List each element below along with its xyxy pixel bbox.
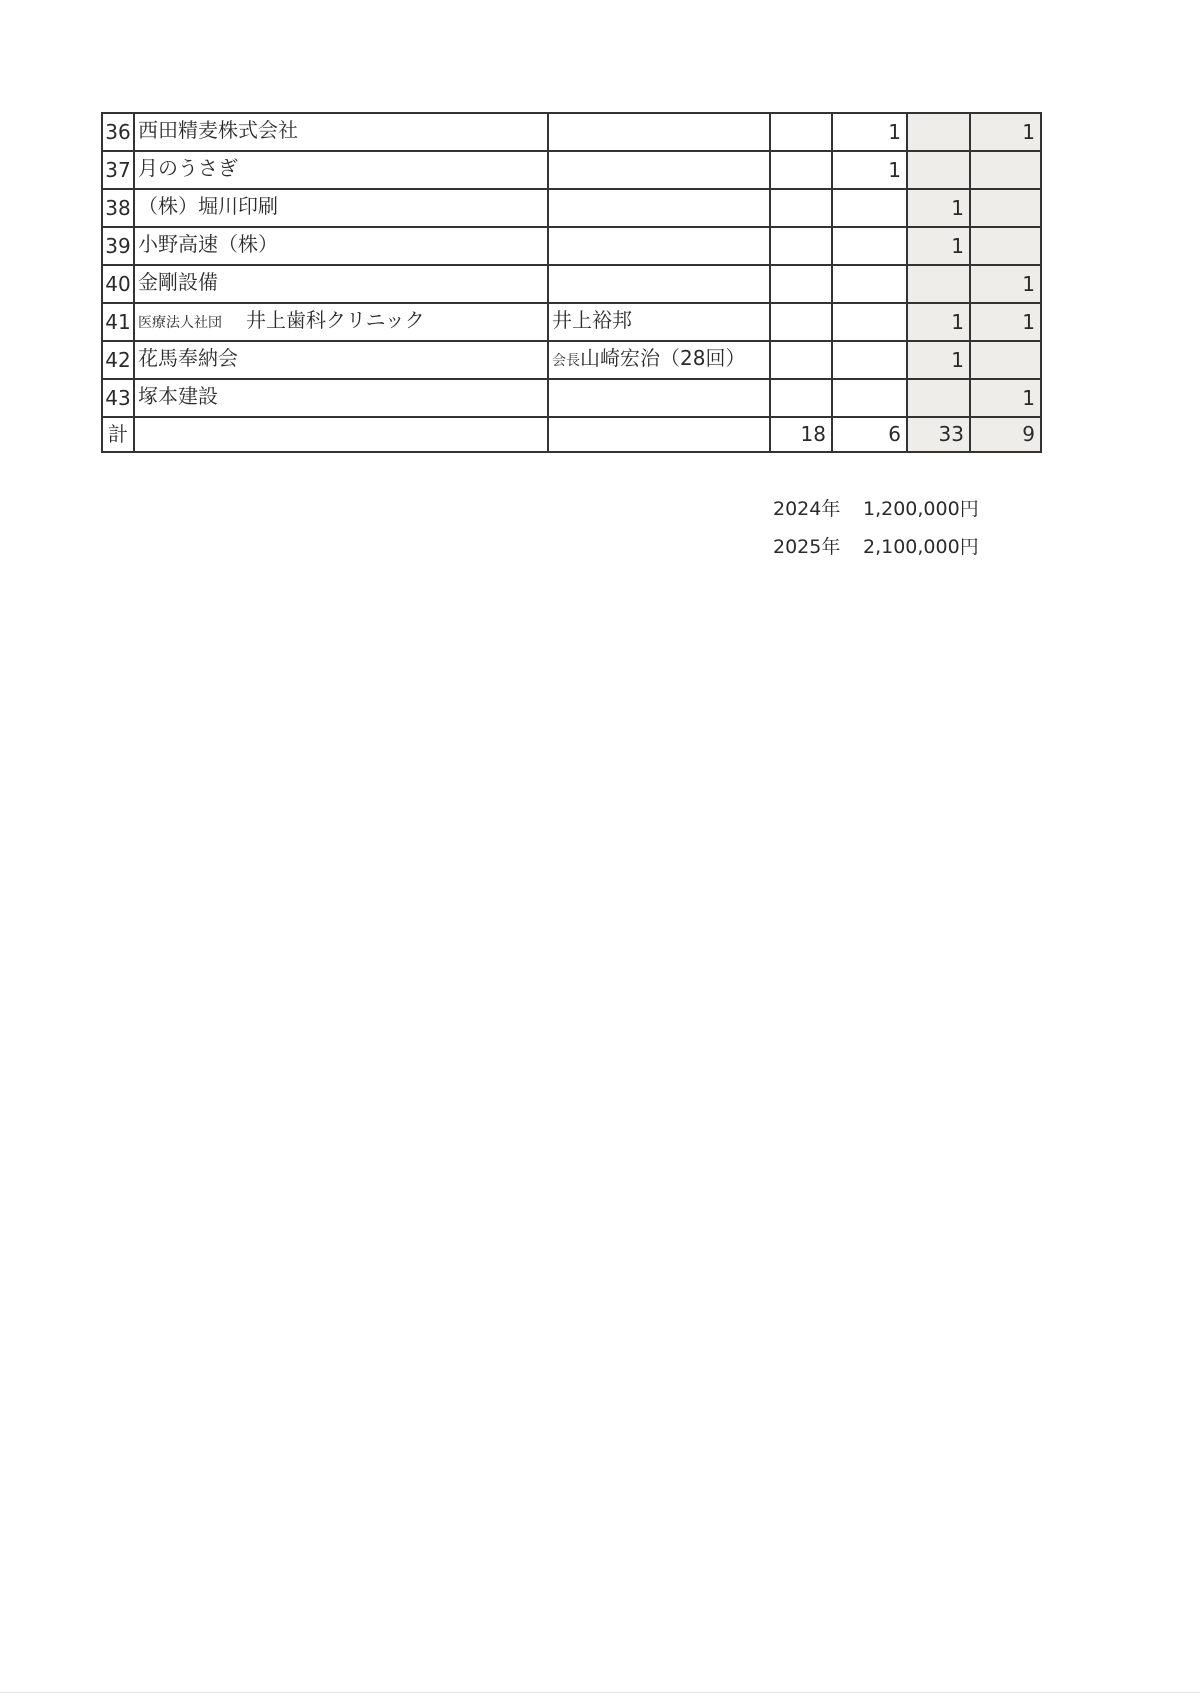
representative-cell: 井上裕邦 bbox=[548, 303, 770, 341]
representative-cell: 会長山崎宏治（28回） bbox=[548, 341, 770, 379]
count-col4: 1 bbox=[970, 303, 1041, 341]
donor-name-cell: 西田精麦株式会社 bbox=[134, 113, 548, 151]
yearly-amounts: 2024年1,200,000円 2025年2,100,000円 bbox=[773, 490, 979, 566]
amount-value: 1,200,000円 bbox=[863, 498, 979, 520]
count-col2 bbox=[832, 379, 907, 417]
total-row: 計 18 6 33 9 bbox=[102, 417, 1041, 452]
donor-name: 井上歯科クリニック bbox=[246, 308, 425, 332]
total-rep-cell bbox=[548, 417, 770, 452]
row-number: 37 bbox=[102, 151, 134, 189]
count-col3: 1 bbox=[907, 227, 970, 265]
total-col3: 33 bbox=[907, 417, 970, 452]
count-col1 bbox=[770, 265, 832, 303]
count-col1 bbox=[770, 113, 832, 151]
count-col4: 1 bbox=[970, 265, 1041, 303]
row-number: 38 bbox=[102, 189, 134, 227]
table-row: 40金剛設備1 bbox=[102, 265, 1041, 303]
table-row: 39小野高速（株）1 bbox=[102, 227, 1041, 265]
count-col3 bbox=[907, 265, 970, 303]
donor-name: 金剛設備 bbox=[138, 270, 218, 294]
donor-name-cell: （株）堀川印刷 bbox=[134, 189, 548, 227]
representative-cell bbox=[548, 113, 770, 151]
representative-cell bbox=[548, 227, 770, 265]
representative-name: 井上裕邦 bbox=[552, 308, 632, 332]
row-number: 36 bbox=[102, 113, 134, 151]
count-col2 bbox=[832, 265, 907, 303]
donor-name-cell: 塚本建設 bbox=[134, 379, 548, 417]
representative-name: 山崎宏治（28回） bbox=[580, 346, 745, 370]
count-col4 bbox=[970, 341, 1041, 379]
amount-line: 2024年1,200,000円 bbox=[773, 490, 979, 528]
count-col4 bbox=[970, 151, 1041, 189]
total-col4: 9 bbox=[970, 417, 1041, 452]
amount-line: 2025年2,100,000円 bbox=[773, 528, 979, 566]
donor-name: 花馬奉納会 bbox=[138, 346, 238, 370]
count-col4: 1 bbox=[970, 113, 1041, 151]
row-number: 43 bbox=[102, 379, 134, 417]
table-row: 36西田精麦株式会社11 bbox=[102, 113, 1041, 151]
donor-name-cell: 金剛設備 bbox=[134, 265, 548, 303]
row-number: 40 bbox=[102, 265, 134, 303]
count-col2: 1 bbox=[832, 151, 907, 189]
count-col2 bbox=[832, 341, 907, 379]
donor-name: 小野高速（株） bbox=[138, 232, 278, 256]
representative-cell bbox=[548, 379, 770, 417]
count-col2: 1 bbox=[832, 113, 907, 151]
count-col1 bbox=[770, 189, 832, 227]
count-col3: 1 bbox=[907, 303, 970, 341]
count-col2 bbox=[832, 227, 907, 265]
table-row: 43塚本建設1 bbox=[102, 379, 1041, 417]
row-number: 42 bbox=[102, 341, 134, 379]
count-col1 bbox=[770, 303, 832, 341]
table-row: 38（株）堀川印刷1 bbox=[102, 189, 1041, 227]
donor-name-cell: 医療法人社団井上歯科クリニック bbox=[134, 303, 548, 341]
donor-name-prefix: 医療法人社団 bbox=[138, 315, 222, 331]
count-col2 bbox=[832, 303, 907, 341]
total-label: 計 bbox=[102, 417, 134, 452]
count-col4 bbox=[970, 189, 1041, 227]
count-col1 bbox=[770, 151, 832, 189]
representative-title: 会長 bbox=[552, 353, 580, 369]
donor-name-cell: 小野高速（株） bbox=[134, 227, 548, 265]
count-col4 bbox=[970, 227, 1041, 265]
donor-name: 塚本建設 bbox=[138, 384, 218, 408]
representative-cell bbox=[548, 189, 770, 227]
page-edge-divider bbox=[0, 1692, 1200, 1693]
donor-name: （株）堀川印刷 bbox=[138, 194, 278, 218]
total-name-cell bbox=[134, 417, 548, 452]
total-col1: 18 bbox=[770, 417, 832, 452]
donor-name: 月のうさぎ bbox=[138, 156, 238, 180]
donor-name-cell: 花馬奉納会 bbox=[134, 341, 548, 379]
table-row: 42花馬奉納会会長山崎宏治（28回）1 bbox=[102, 341, 1041, 379]
amount-year: 2025年 bbox=[773, 528, 863, 566]
amount-year: 2024年 bbox=[773, 490, 863, 528]
table-row: 37月のうさぎ1 bbox=[102, 151, 1041, 189]
donor-table: 36西田精麦株式会社1137月のうさぎ138（株）堀川印刷139小野高速（株）1… bbox=[101, 112, 1042, 453]
count-col3 bbox=[907, 379, 970, 417]
count-col4: 1 bbox=[970, 379, 1041, 417]
count-col2 bbox=[832, 189, 907, 227]
donor-name: 西田精麦株式会社 bbox=[138, 118, 298, 142]
count-col1 bbox=[770, 341, 832, 379]
representative-cell bbox=[548, 151, 770, 189]
count-col1 bbox=[770, 379, 832, 417]
amount-value: 2,100,000円 bbox=[863, 536, 979, 558]
count-col1 bbox=[770, 227, 832, 265]
representative-cell bbox=[548, 265, 770, 303]
count-col3 bbox=[907, 151, 970, 189]
row-number: 39 bbox=[102, 227, 134, 265]
count-col3: 1 bbox=[907, 189, 970, 227]
row-number: 41 bbox=[102, 303, 134, 341]
donor-name-cell: 月のうさぎ bbox=[134, 151, 548, 189]
count-col3 bbox=[907, 113, 970, 151]
table-row: 41医療法人社団井上歯科クリニック井上裕邦11 bbox=[102, 303, 1041, 341]
total-col2: 6 bbox=[832, 417, 907, 452]
count-col3: 1 bbox=[907, 341, 970, 379]
